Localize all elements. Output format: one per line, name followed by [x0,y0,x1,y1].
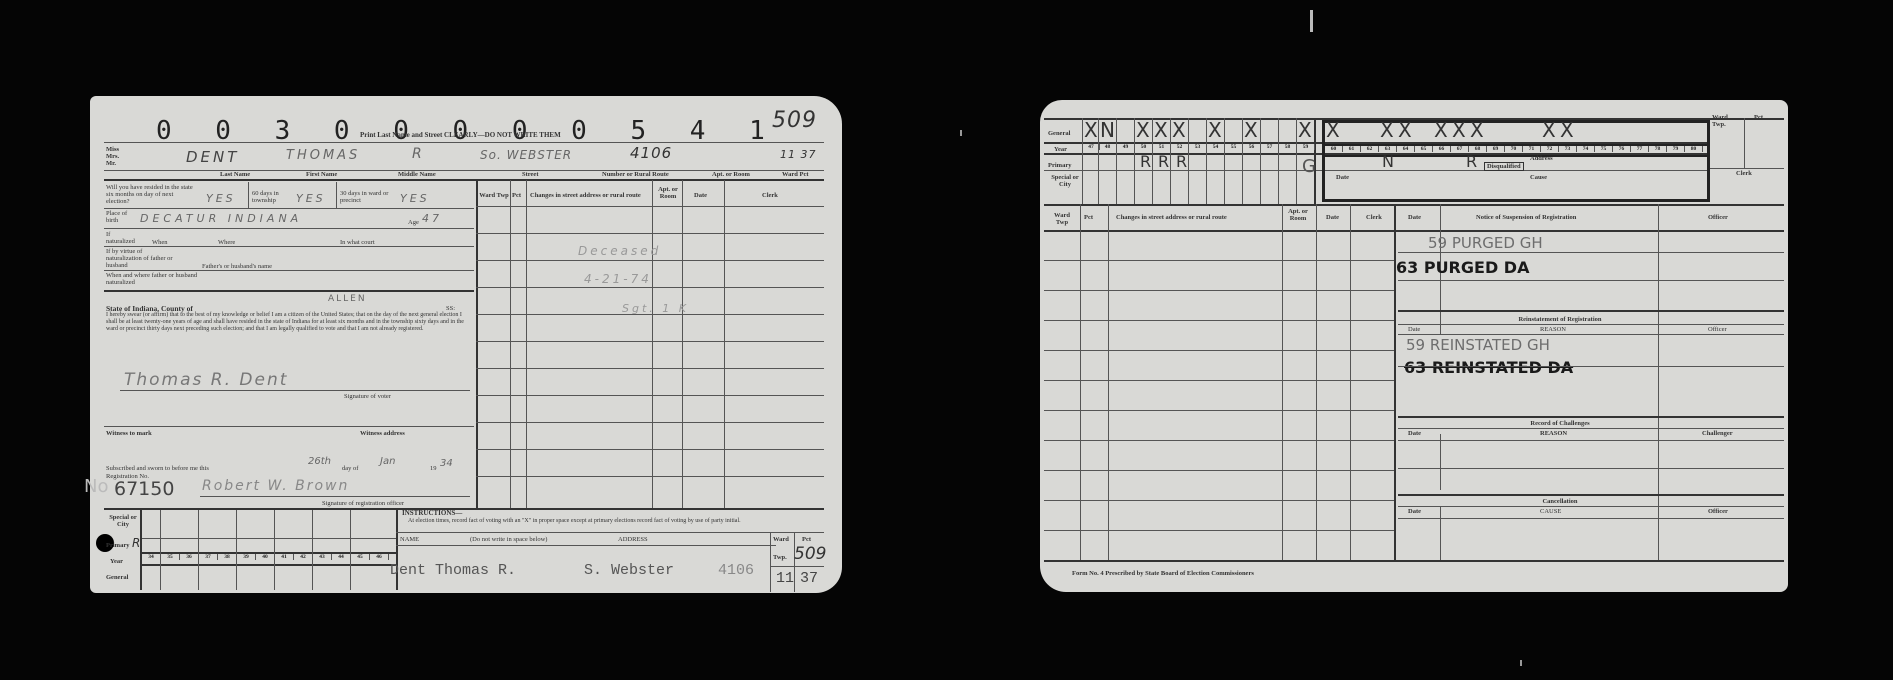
answer-birth-place: DECATUR INDIANA [140,212,302,225]
back-disqualified-label: Disqualified [1484,162,1524,171]
title-mr: Mr. [106,160,116,167]
year-cell: 51 [1153,144,1171,150]
top-right-number: 509 [772,108,817,133]
primary-mark: R [1140,152,1151,171]
cancellation-header-cause: CAUSE [1540,508,1561,515]
label-naturalized: If naturalized [106,231,136,245]
year-cell: 43 [313,554,332,560]
registration-card-front: 0 0 3 0 0 0 0 0 5 4 1 Print Last Name an… [90,96,842,593]
typed-street: S. Webster [584,562,674,579]
back-year-row-left: 47 48 49 50 51 52 53 54 55 56 57 58 59 [1083,144,1315,153]
year-cell: 38 [218,554,237,560]
label-ward-pct: Ward Pct [782,171,809,178]
form-footer: Form No. 4 Prescribed by State Board of … [1072,570,1254,577]
year-cell: 55 [1225,144,1243,150]
vote-mark: X [1452,118,1466,142]
year-cell: 41 [275,554,294,560]
registration-number: 67150 [114,478,174,500]
back-label-special: Special or City [1050,174,1080,188]
year-cell: 59 [1297,144,1315,150]
year-cell: 47 [1083,144,1100,150]
pct-handwritten: 509 [794,544,826,564]
year-cell: 48 [1099,144,1117,150]
challenges-header-challenger: Challenger [1702,430,1733,437]
label-apt: Apt. or Room [712,171,750,178]
title-miss: Miss [106,146,119,153]
year-cell: 76 [1613,146,1631,152]
year-cell: 49 [1117,144,1135,150]
registration-card-back: General Year Primary Special or City 47 … [1040,100,1788,592]
oath-text: I hereby swear (or affirm) that to the b… [106,312,466,333]
year-cell: 44 [332,554,351,560]
year-cell: 37 [199,554,218,560]
year-cell: 34 [142,554,161,560]
sworn-year: 34 [440,458,453,469]
back-changes-apt: Apt. or Room [1286,208,1310,222]
grid-label-general: General [106,574,128,581]
label-street: Street [522,171,538,178]
typed-number: 4106 [718,562,754,579]
answer-days-township: YES [296,192,326,205]
ward-value: 11 [776,570,794,587]
primary-mark: G [1302,156,1316,177]
year-cell: 79 [1667,146,1685,152]
voter-signature: Thomas R. Dent [124,370,288,390]
label-no-write: (Do not write in space below) [470,536,547,543]
changes-header-apt: Apt. or Room [656,186,680,200]
label-pct: Pct [802,536,811,543]
label-when-where: When and where father or husband natural… [106,272,198,286]
suspension-header-notice: Notice of Suspension of Registration [1476,214,1576,221]
year-cell: 73 [1559,146,1577,152]
back-label-year: Year [1054,146,1067,153]
primary-mark: R [1176,152,1187,171]
header-instruction: Print Last Name and Street CLEARLY—DO NO… [360,132,561,139]
year-cell: 64 [1397,146,1415,152]
label-resided-state: Will you have resided in the state six m… [106,184,198,205]
registration-prefix: No [84,476,108,497]
label-twp: Twp. [773,554,787,561]
suspension-header-officer: Officer [1708,214,1728,221]
cancellation-header-officer: Officer [1708,508,1728,515]
vote-mark: X [1380,118,1394,142]
back-label-primary: Primary [1048,162,1071,169]
suspension-header-date: Date [1408,214,1421,221]
grid-label-special: Special or City [106,514,140,528]
vote-mark: X [1244,118,1258,142]
title-mrs: Mrs. [106,153,119,160]
reinstatement-header-reason: REASON [1540,326,1566,333]
year-cell: 36 [180,554,199,560]
year-cell: 80 [1685,146,1703,152]
year-cell: 39 [237,554,256,560]
ward-pct-value: 11 37 [780,148,817,161]
handwritten-deceased: Deceased [578,244,661,258]
street-value: So. WEBSTER [480,148,572,162]
back-label-general: General [1048,130,1070,137]
middle-name-value: R [412,146,425,162]
primary-mark: R [1158,152,1169,171]
label-witness-mark: Witness to mark [106,429,152,438]
last-name-value: DENT [186,148,239,166]
suspension-stamp-1: 59 PURGED GH [1428,234,1543,252]
challenges-header-date: Date [1408,430,1421,437]
reinstatement-header-date: Date [1408,326,1420,333]
back-ward-twp: Ward Twp. [1712,114,1740,128]
label-place-birth: Place of birth [106,210,134,224]
year-cell: 35 [161,554,180,560]
back-changes-clerk: Clerk [1366,214,1382,221]
year-cell: 53 [1189,144,1207,150]
first-name-value: THOMAS [286,148,360,163]
reinstatement-title: Reinstatement of Registration [1460,316,1660,323]
typed-name: Dent Thomas R. [390,562,516,579]
year-cell: 40 [256,554,275,560]
year-cell: 70 [1505,146,1523,152]
label-days-township: 60 days in township [252,190,296,204]
label-age: Age [408,218,419,227]
vote-mark: X [1298,118,1312,142]
reinstatement-stamp-1: 59 REINSTATED GH [1406,336,1550,354]
reinstatement-header-officer: Officer [1708,326,1727,333]
label-number: Number or Rural Route [602,171,669,178]
year-cell: 71 [1523,146,1541,152]
answer-resided-state: YES [206,192,236,205]
primary-mark: R [1466,152,1477,171]
year-cell: 52 [1171,144,1189,150]
vote-mark: X [1398,118,1412,142]
label-days-ward: 30 days in ward or precinct [340,190,400,204]
grid-label-primary: Primary [106,542,129,549]
changes-header-pct: Pct [512,192,521,199]
year-cell: 74 [1577,146,1595,152]
vote-mark: X [1154,118,1168,142]
vote-mark: X [1136,118,1150,142]
vote-mark: X [1542,118,1556,142]
label-signature-officer: Signature of registration officer [322,499,404,508]
label-name: NAME [400,536,419,543]
handwritten-date: 4-21-74 [584,272,652,286]
back-clerk: Clerk [1736,170,1752,177]
cancellation-title: Cancellation [1460,498,1660,505]
cancellation-header-date: Date [1408,508,1421,515]
year-cell: 61 [1343,146,1361,152]
back-address-label: Address [1530,155,1553,162]
year-cell: 75 [1595,146,1613,152]
year-cell: 65 [1415,146,1433,152]
back-date-label: Date [1336,174,1349,181]
number-value: 4106 [630,144,672,162]
year-cell: 78 [1649,146,1667,152]
label-middle-name: Middle Name [398,171,436,178]
back-cause-label: Cause [1530,174,1547,181]
handwritten-note: Sgt. 1 K [622,302,689,315]
year-cell: 60 [1325,146,1343,152]
scan-artifact [1520,660,1522,666]
back-changes-date: Date [1326,214,1339,221]
vote-mark: X [1172,118,1186,142]
challenges-header-reason: REASON [1540,430,1567,437]
answer-age: 47 [422,212,442,225]
back-changes-pct: Pct [1084,214,1093,221]
answer-days-ward: YES [400,192,430,205]
scan-artifact [1310,10,1313,32]
year-cell: 42 [294,554,313,560]
sworn-month: Jan [380,456,395,467]
year-cell: 50 [1135,144,1153,150]
sworn-day: 26th [308,456,331,467]
vote-mark: X [1326,118,1340,142]
answer-county: ALLEN [328,294,367,304]
label-address: ADDRESS [618,536,648,543]
pct-sub-value: 37 [800,570,818,587]
officer-signature: Robert W. Brown [202,478,349,494]
vote-mark: X [1084,118,1098,142]
suspension-stamp-2: 63 PURGED DA [1396,258,1529,277]
changes-header-ward: Ward Twp [479,192,509,199]
back-pct: Pct [1754,114,1763,121]
vote-mark: X [1470,118,1484,142]
year-cell: 56 [1243,144,1261,150]
label-signature-voter: Signature of voter [344,392,391,401]
label-first-name: First Name [306,171,337,178]
instructions-title: INSTRUCTIONS— [402,510,462,517]
changes-header-address: Changes in street address or rural route [530,192,641,199]
year-cell: 54 [1207,144,1225,150]
year-cell: 66 [1433,146,1451,152]
vote-mark: N [1100,118,1115,142]
changes-header-clerk: Clerk [762,192,778,199]
label-virtue: If by virtue of naturalization of father… [106,248,178,269]
label-witness-address: Witness address [360,429,405,438]
instructions-text: At election times, record fact of voting… [408,518,808,525]
year-cell: 72 [1541,146,1559,152]
challenges-title: Record of Challenges [1460,420,1660,427]
changes-header-date: Date [694,192,707,199]
back-changes-ward: Ward Twp [1048,212,1076,226]
year-cell: 57 [1261,144,1279,150]
scan-artifact [960,130,962,136]
year-cell: 45 [351,554,370,560]
year-cell: 69 [1487,146,1505,152]
year-cell: 58 [1279,144,1297,150]
back-changes-address: Changes in street address or rural route [1116,214,1227,221]
label-year-prefix: 19 [430,464,437,473]
year-cell: 62 [1361,146,1379,152]
year-cell: 46 [370,554,389,560]
year-cell: 77 [1631,146,1649,152]
front-year-row: 34 35 36 37 38 39 40 41 42 43 44 45 46 [142,554,396,564]
reinstatement-stamp-2: 63 REINSTATED DA [1404,358,1573,377]
grid-label-year: Year [110,558,123,565]
vote-mark: X [1434,118,1448,142]
vote-mark: X [1208,118,1222,142]
vote-mark: X [1560,118,1574,142]
primary-mark: N [1382,152,1394,171]
label-ward: Ward [773,536,789,543]
label-day-of: day of [342,464,358,473]
label-last-name: Last Name [220,171,250,178]
